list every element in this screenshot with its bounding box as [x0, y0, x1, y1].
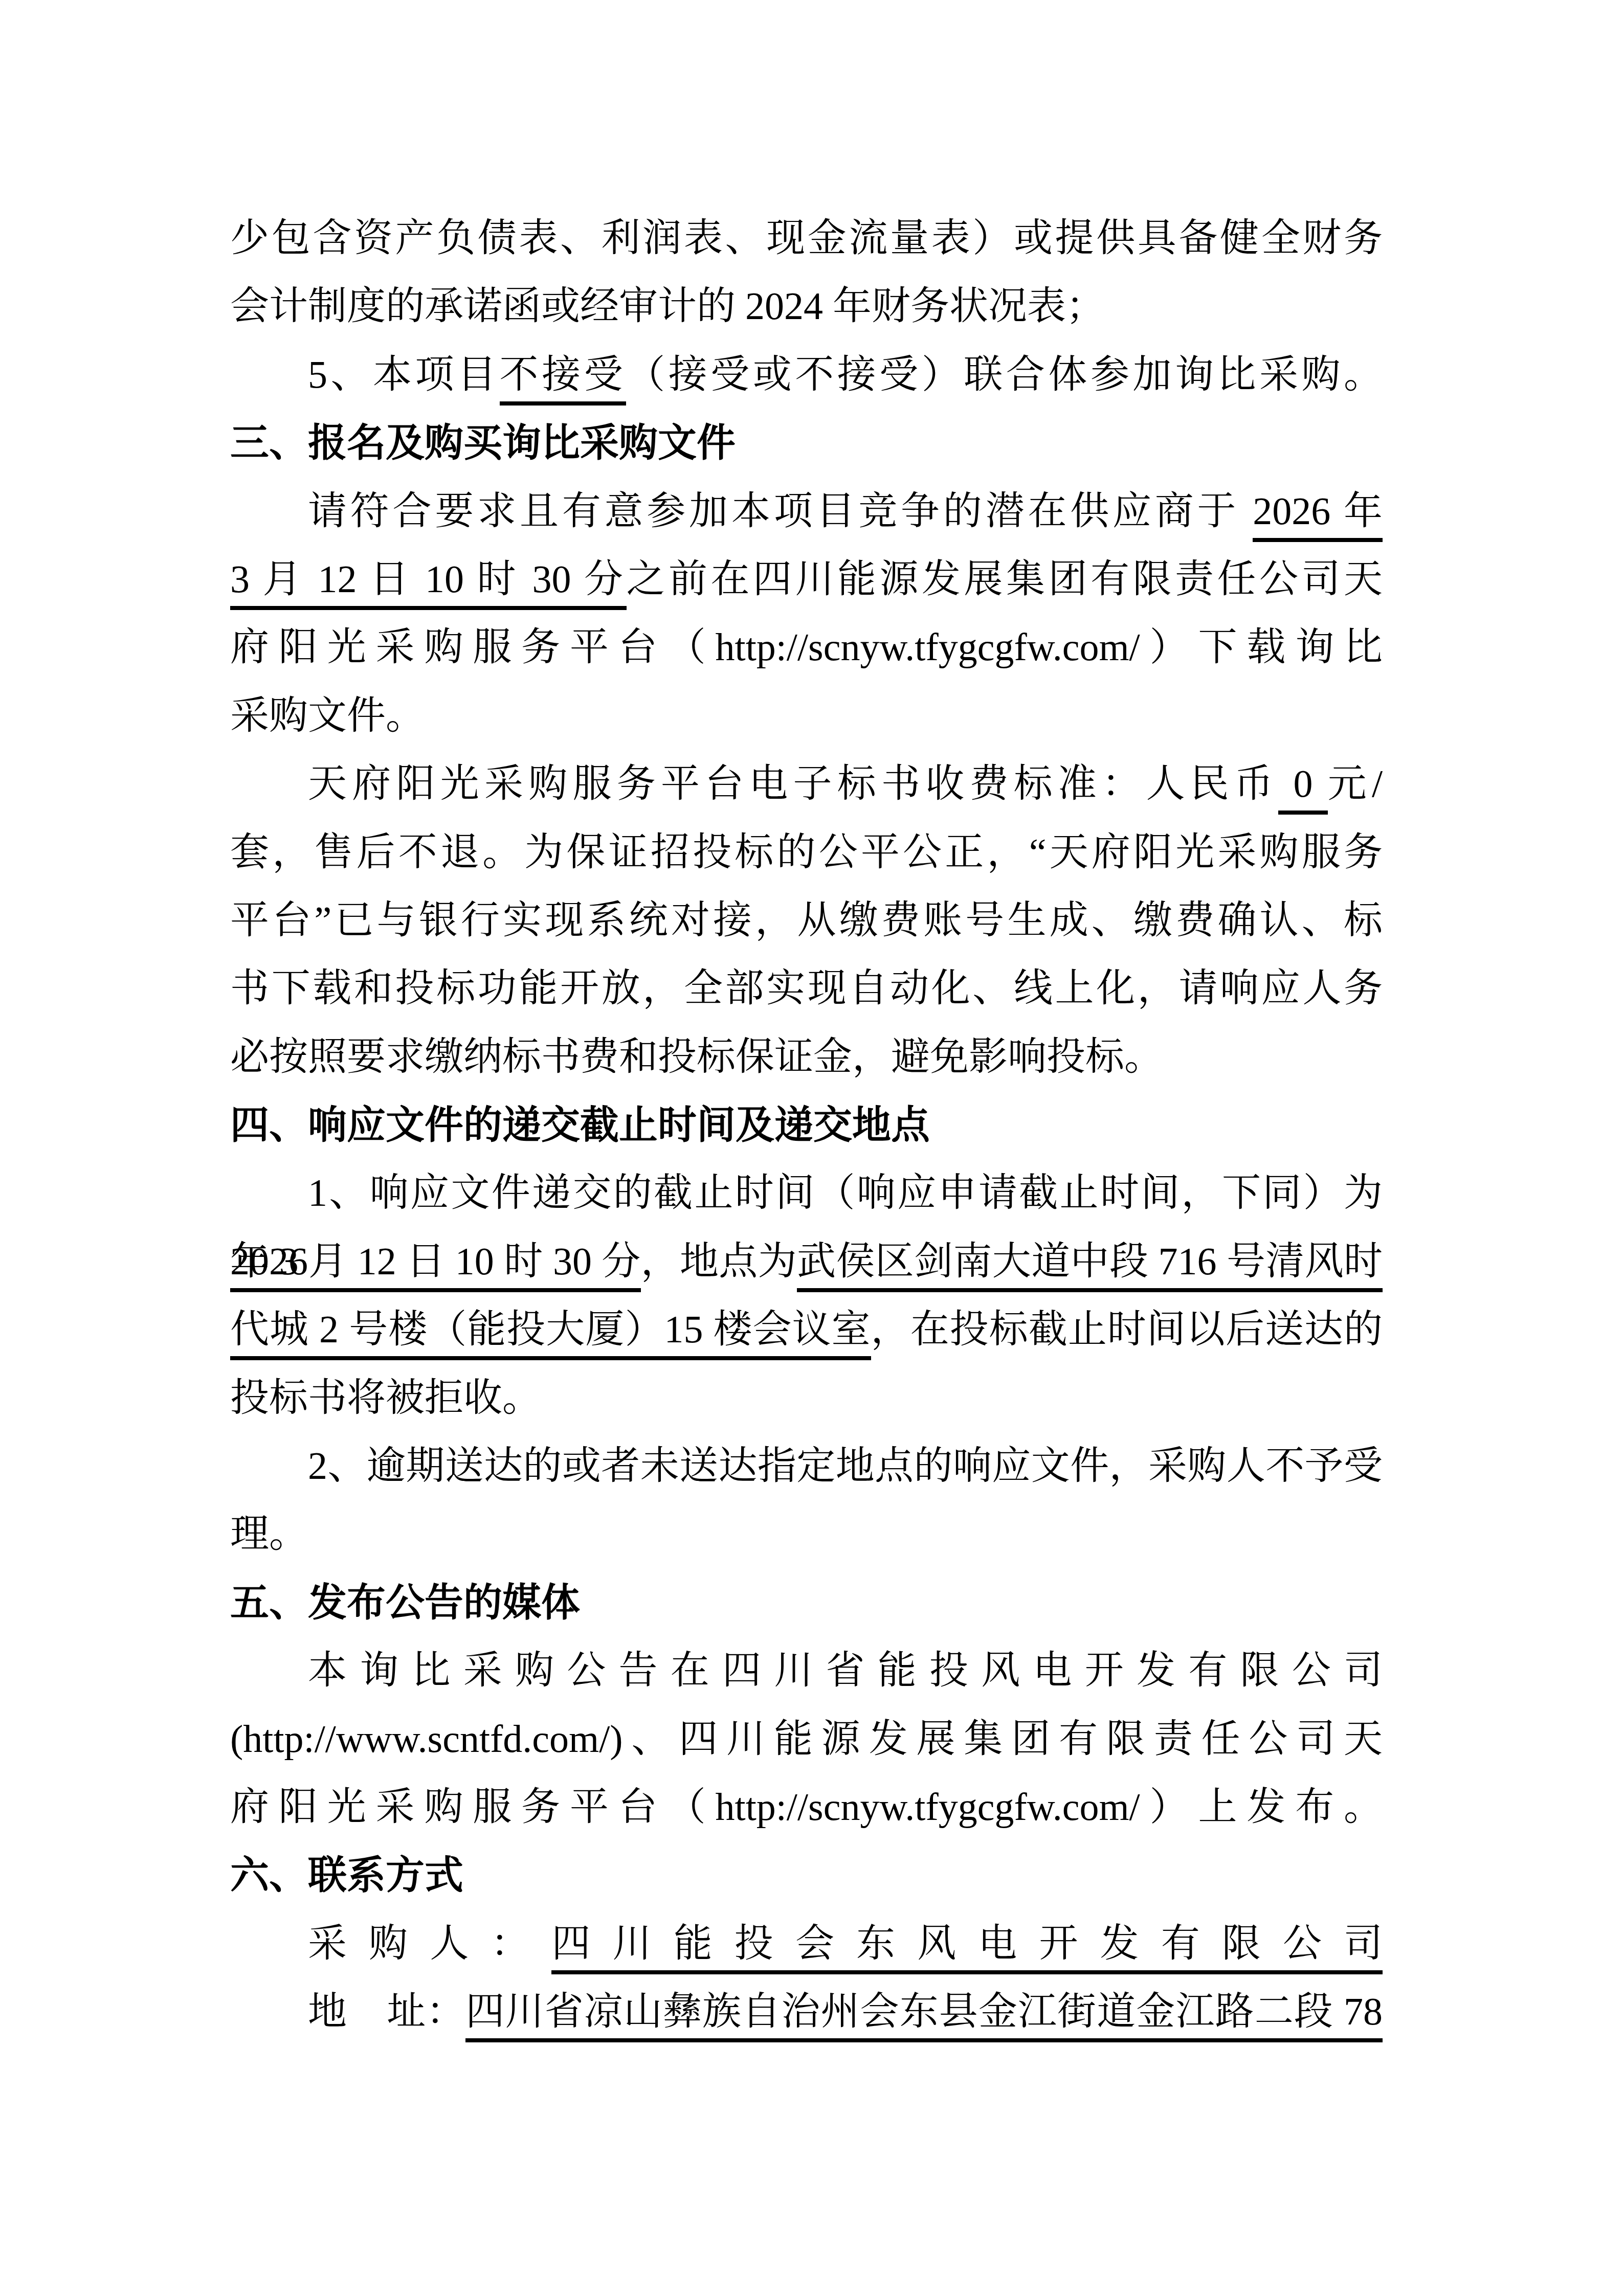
text-line: 套，售后不退。为保证招投标的公平公正，“天府阳光采购服务 — [230, 819, 1383, 887]
text-run: 府阳光采购服务平台（http://scnyw.tfygcgfw.com/）下载询… — [230, 626, 1383, 669]
text-line: 采购文件。 — [230, 682, 1383, 750]
underlined-text: 代城 2 号楼（能投大厦）15 楼会议室 — [230, 1308, 871, 1360]
text-line: 府阳光采购服务平台（http://scnyw.tfygcgfw.com/）上发布… — [230, 1773, 1383, 1841]
text-line: 投标书将被拒收。 — [230, 1364, 1383, 1432]
text-line: 本询比采购公告在四川省能投风电开发有限公司 — [230, 1637, 1383, 1705]
text-line: 天府阳光采购服务平台电子标书收费标准：人民币 0 元/ — [230, 750, 1383, 818]
text-line: 采购人：四川能投会东风电开发有限公司 — [230, 1910, 1383, 1978]
text-run: 元/ — [1328, 762, 1383, 805]
text-run: 套，售后不退。为保证招投标的公平公正，“天府阳光采购服务 — [230, 831, 1383, 874]
text-run: 1、响应文件递交的截止时间（响应申请截止时间，下同）为 — [308, 1172, 1383, 1214]
text-run: 平台”已与银行实现系统对接，从缴费账号生成、缴费确认、标 — [230, 899, 1383, 942]
underlined-text: 四川能投会东风电开发有限公司 — [551, 1922, 1383, 1974]
underlined-text: 武侯区剑南大道中段 716 号清风时 — [797, 1240, 1383, 1292]
text-line: 府阳光采购服务平台（http://scnyw.tfygcgfw.com/）下载询… — [230, 614, 1383, 682]
text-line: 地 址：四川省凉山彝族自治州会东县金江街道金江路二段 78 — [230, 1978, 1383, 2046]
text-run: 2、逾期送达的或者未送达指定地点的响应文件，采购人不予受 — [308, 1445, 1383, 1488]
text-run: 会计制度的承诺函或经审计的 2024 年财务状况表； — [230, 285, 1105, 328]
text-run: 本询比采购公告在四川省能投风电开发有限公司 — [308, 1649, 1383, 1692]
text-line: 会计制度的承诺函或经审计的 2024 年财务状况表； — [230, 273, 1383, 341]
underlined-text: 四川省凉山彝族自治州会东县金江街道金江路二段 78 — [465, 1990, 1383, 2042]
document-body: 少包含资产负债表、利润表、现金流量表）或提供具备健全财务会计制度的承诺函或经审计… — [230, 205, 1383, 2046]
text-line: 理。 — [230, 1500, 1383, 1568]
section-heading: 三、报名及购买询比采购文件 — [230, 409, 1383, 477]
underlined-text: 3 月 12 日 10 时 30 分 — [230, 558, 627, 610]
document-page: 少包含资产负债表、利润表、现金流量表）或提供具备健全财务会计制度的承诺函或经审计… — [0, 0, 1624, 2296]
text-line: (http://www.scntfd.com/)、四川能源发展集团有限责任公司天 — [230, 1705, 1383, 1773]
text-line: 请符合要求且有意参加本项目竞争的潜在供应商于 2026 年 — [230, 478, 1383, 546]
text-run: ，在投标截止时间以后送达的 — [871, 1308, 1383, 1351]
text-run: 府阳光采购服务平台（http://scnyw.tfygcgfw.com/）上发布… — [230, 1786, 1383, 1829]
text-line: 平台”已与银行实现系统对接，从缴费账号生成、缴费确认、标 — [230, 887, 1383, 955]
underlined-text: 不接受 — [500, 353, 627, 406]
underlined-text: 2026 年 — [1253, 490, 1383, 542]
text-line: 少包含资产负债表、利润表、现金流量表）或提供具备健全财务 — [230, 205, 1383, 273]
section-heading: 四、响应文件的递交截止时间及递交地点 — [230, 1091, 1383, 1159]
text-run: 投标书将被拒收。 — [230, 1377, 541, 1420]
text-line: 5、本项目不接受（接受或不接受）联合体参加询比采购。 — [230, 341, 1383, 409]
text-run: 请符合要求且有意参加本项目竞争的潜在供应商于 — [308, 490, 1253, 533]
text-line: 2、逾期送达的或者未送达指定地点的响应文件，采购人不予受 — [230, 1432, 1383, 1500]
text-run: 书下载和投标功能开放，全部实现自动化、线上化，请响应人务 — [230, 967, 1383, 1010]
heading-text: 六、联系方式 — [230, 1854, 463, 1897]
section-heading: 五、发布公告的媒体 — [230, 1569, 1383, 1637]
text-line: 年 3 月 12 日 10 时 30 分，地点为武侯区剑南大道中段 716 号清… — [230, 1228, 1383, 1296]
text-run: (http://www.scntfd.com/)、四川能源发展集团有限责任公司天 — [230, 1718, 1383, 1761]
text-run: ，地点为 — [641, 1240, 797, 1283]
underlined-text: 年 3 月 12 日 10 时 30 分 — [230, 1240, 641, 1292]
text-run: 采购文件。 — [230, 694, 425, 737]
text-run: 天府阳光采购服务平台电子标书收费标准：人民币 — [308, 762, 1278, 805]
heading-text: 四、响应文件的递交截止时间及递交地点 — [230, 1104, 930, 1147]
heading-text: 三、报名及购买询比采购文件 — [230, 421, 736, 465]
section-heading: 六、联系方式 — [230, 1841, 1383, 1909]
text-line: 1、响应文件递交的截止时间（响应申请截止时间，下同）为 2026 — [230, 1159, 1383, 1227]
text-run: 少包含资产负债表、利润表、现金流量表）或提供具备健全财务 — [230, 217, 1383, 260]
text-line: 书下载和投标功能开放，全部实现自动化、线上化，请响应人务 — [230, 955, 1383, 1023]
underlined-text: 0 — [1278, 762, 1327, 815]
text-run: 地 址： — [308, 1990, 465, 2033]
text-run: 必按照要求缴纳标书费和投标保证金，避免影响投标。 — [230, 1036, 1163, 1078]
text-run: 5、本项目 — [308, 353, 500, 396]
text-run: 采购人： — [308, 1922, 551, 1965]
text-line: 代城 2 号楼（能投大厦）15 楼会议室，在投标截止时间以后送达的 — [230, 1296, 1383, 1364]
text-line: 必按照要求缴纳标书费和投标保证金，避免影响投标。 — [230, 1023, 1383, 1091]
text-run: 理。 — [230, 1513, 308, 1556]
heading-text: 五、发布公告的媒体 — [230, 1581, 580, 1625]
text-run: 之前在四川能源发展集团有限责任公司天 — [627, 558, 1383, 601]
text-line: 3 月 12 日 10 时 30 分之前在四川能源发展集团有限责任公司天 — [230, 546, 1383, 614]
text-run: （接受或不接受）联合体参加询比采购。 — [626, 353, 1383, 396]
